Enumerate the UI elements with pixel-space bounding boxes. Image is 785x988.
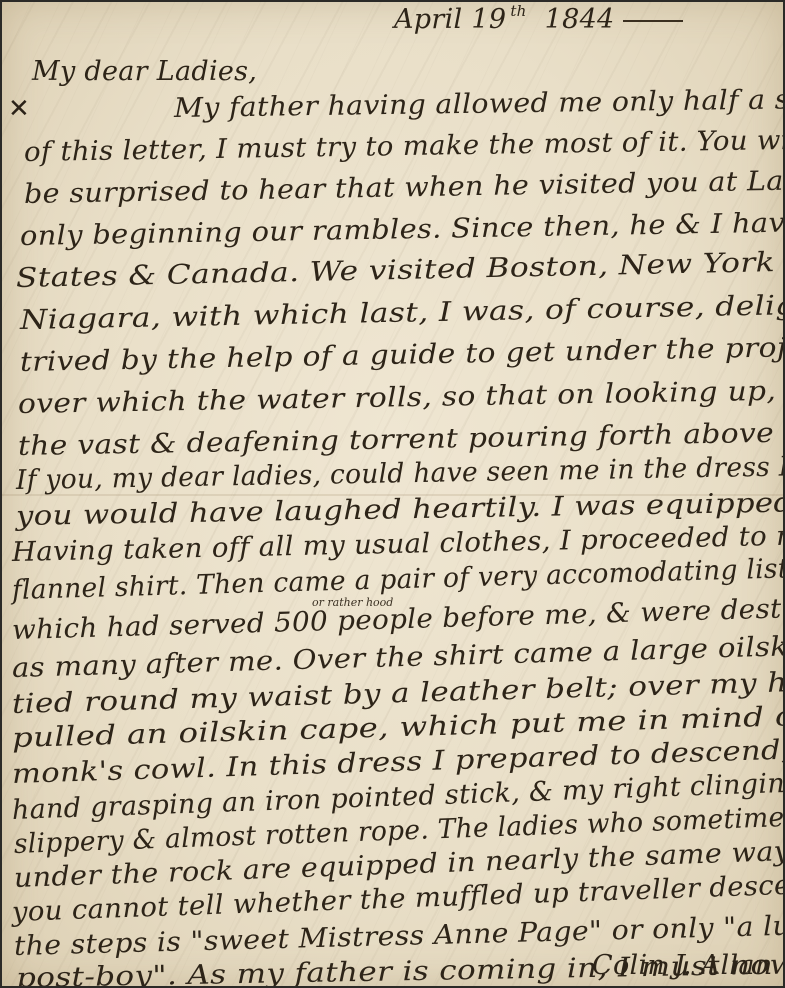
body-line: be surprised to hear that when he visite… [24, 163, 783, 210]
salutation: My dear Ladies, [32, 56, 257, 87]
body-line: of this letter, I must try to make the m… [24, 124, 783, 168]
interlinear-insertion: or rather hood [312, 596, 393, 609]
body-line: Niagara, with which last, I was, of cour… [20, 288, 783, 336]
body-line: trived by the help of a guide to get und… [20, 330, 783, 378]
signature: Colin J. Allan [592, 950, 773, 981]
body-line: over which the water rolls, so that on l… [18, 374, 783, 420]
letter-date: April 19 th 1844 [394, 4, 683, 35]
body-line: only beginning our rambles. Since then, … [20, 205, 783, 252]
date-flourish [623, 20, 683, 22]
margin-cross-mark-icon: ✕ [8, 94, 30, 124]
body-line: My father having allowed me only half a … [174, 85, 783, 124]
letter-page: April 19 th 1844 My dear Ladies, ✕ My fa… [2, 2, 783, 986]
date-year: 1844 [545, 4, 615, 35]
body-line: States & Canada. We visited Boston, New … [16, 243, 783, 294]
date-month-day: April 19 [394, 4, 506, 35]
date-suffix: th [510, 2, 526, 20]
